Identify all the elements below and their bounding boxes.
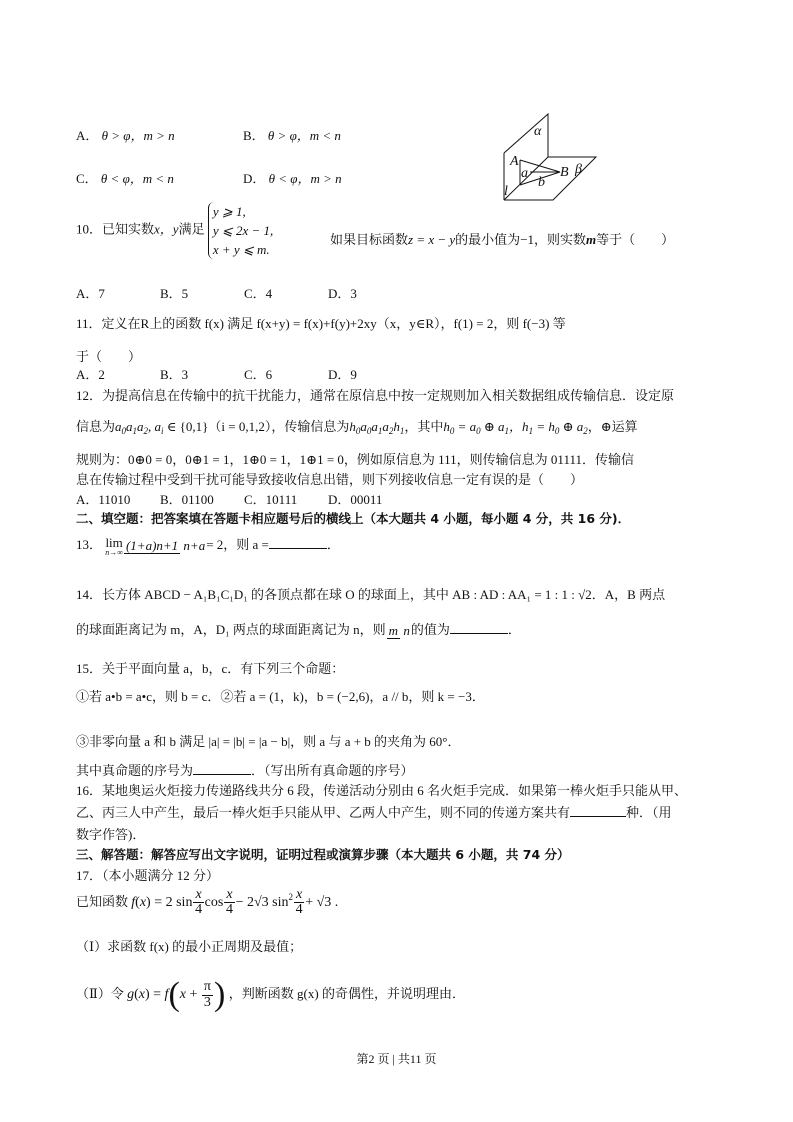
text: 满足	[179, 221, 205, 236]
question-11: 11．定义在R上的函数 f(x) 满足 f(x+y) = f(x)+f(y)+2…	[76, 313, 566, 332]
question-15-props-1-2: ①若 a•b = a•c，则 b = c．②若 a = (1，k)，b = (−…	[76, 686, 485, 705]
question-13: 13． lim n→∞ (1+a)n+1 n+a = 2，则 a =．	[76, 534, 340, 557]
lim-text: lim	[105, 536, 123, 549]
question-17-part-2: （Ⅱ）令 g(x) = f(x + π3) ，判断函数 g(x) 的奇偶性，并说…	[76, 978, 465, 1012]
question-12: 12．为提高信息在传输中的抗干扰能力，通常在原信息中按一定规则加入相关数据组成传…	[76, 385, 674, 404]
proposition-text: ③非零向量 a 和 b 满足 |a| = |b| = |a − b|，则 a 与…	[76, 734, 461, 749]
text: 种．（用	[626, 805, 672, 820]
math: x，y	[154, 221, 179, 236]
option-label: B．	[243, 128, 265, 143]
text: ．（写出所有真命题的序号）	[251, 763, 414, 778]
question-11-line2: 于（ ）	[76, 346, 141, 365]
option-text: θ < φ，m > n	[269, 171, 342, 186]
math-h-defs: h0 = a0 ⊕ a1，h1 = h0 ⊕ a2	[443, 419, 587, 434]
question-10: 10．已知实数x，y满足 y ⩾ 1, y ⩽ 2x − 1, x + y ⩽ …	[76, 202, 273, 259]
option-a: A．7	[76, 283, 160, 302]
question-11-options: A．2B．3C．6D．9	[76, 364, 357, 383]
math-transmitted-info: h0a0a1a2h1	[349, 419, 404, 434]
text: 如果目标函数	[330, 232, 408, 247]
page-footer: 第2 页 | 共11 页	[0, 1050, 793, 1067]
text: （i = 0,1,2），传输信息为	[208, 419, 349, 434]
text: 的值为	[411, 622, 450, 637]
option-b: B．3	[160, 364, 244, 383]
question-text: 某地奥运火炬接力传递路线共分 6 段，传递活动分别由 6 名火炬手完成．如果第一…	[102, 783, 687, 798]
fraction: (1+a)n+1 n+a	[124, 539, 205, 553]
label-A: A	[509, 154, 519, 169]
label-b: b	[538, 175, 545, 190]
option-label: D．	[243, 171, 265, 186]
text: ，则实数	[534, 232, 586, 247]
question-text: 于（ ）	[76, 349, 141, 364]
label-a: a	[521, 166, 528, 181]
constraint-system: y ⩾ 1, y ⩽ 2x − 1, x + y ⩽ m.	[208, 202, 273, 259]
question-text: 息在传输过程中受到干扰可能导致接收信息出错，则下列接收信息一定有误的是（ ）	[76, 472, 583, 487]
lim-subscript: n→∞	[105, 549, 123, 557]
math: m	[586, 232, 596, 247]
question-number: 11．	[76, 316, 102, 331]
question-text: 为提高信息在传输中的抗干扰能力，通常在原信息中按一定规则加入相关数据组成传输信息…	[102, 388, 674, 403]
dihedral-angle-figure: α A a B β b l	[490, 105, 610, 210]
text: 信息为	[76, 419, 115, 434]
math: −1	[520, 232, 534, 247]
g-definition: g(x) = f(x + π3)	[127, 987, 229, 1002]
question-number: 13．	[76, 537, 102, 552]
question-14-line2: 的球面距离记为 m，A，D₁ 两点的球面距离记为 n，则 m n 的值为．	[76, 619, 521, 638]
question-16-line3: 数字作答)．	[76, 824, 145, 843]
label-B: B	[560, 165, 569, 180]
text: 的球面距离记为 m，A，D₁ 两点的球面距离记为 n，则	[76, 622, 386, 637]
option-b: B．5	[160, 283, 244, 302]
question-14: 14．长方体 ABCD − A₁B₁C₁D₁ 的各顶点都在球 O 的球面上，其中…	[76, 584, 665, 603]
section-2-heading: 二、填空题：把答案填在答题卡相应题号后的横线上（本大题共 4 小题，每小题 4 …	[76, 509, 630, 527]
question-number: 15．	[76, 661, 102, 676]
label-l: l	[504, 184, 508, 199]
option-a: A．2	[76, 364, 160, 383]
question-15-prop-3: ③非零向量 a 和 b 满足 |a| = |b| = |a − b|，则 a 与…	[76, 731, 461, 750]
text: ，其中	[404, 419, 443, 434]
text: （Ⅱ）令	[76, 986, 124, 1001]
text: 等于（ ）	[596, 232, 674, 247]
answer-blank[interactable]	[570, 805, 626, 817]
question-10-options: A．7B．5C．4D．3	[76, 283, 357, 302]
text: 的最小值为	[455, 232, 520, 247]
text: ，⊕运算	[588, 419, 638, 434]
option-label: A．	[76, 128, 98, 143]
text: 其中真命题的序号为	[76, 763, 193, 778]
q9-option-a: A． θ > φ，m > n	[76, 125, 175, 144]
label-alpha: α	[534, 124, 542, 139]
constraint-1: y ⩾ 1,	[213, 202, 273, 221]
question-text: 规则为：0⊕0 = 0，0⊕1 = 1，1⊕0 = 1，1⊕1 = 0，例如原信…	[76, 452, 634, 467]
math-original-info: a0a1a2, ai	[115, 419, 164, 434]
option-d: D．9	[328, 364, 357, 383]
question-16-line2: 乙、丙三人中产生，最后一棒火炬手只能从甲、乙两人中产生，则不同的传递方案共有种．…	[76, 802, 672, 821]
question-15: 15．关于平面向量 a，b，c．有下列三个命题：	[76, 658, 344, 677]
question-12-line2: 信息为a0a1a2, ai ∈ {0,1}（i = 0,1,2），传输信息为h0…	[76, 416, 638, 436]
question-text: 长方体 ABCD − A₁B₁C₁D₁ 的各顶点都在球 O 的球面上，其中 AB…	[102, 587, 665, 602]
section-3-heading: 三、解答题：解答应写出文字说明，证明过程或演算步骤（本大题共 6 小题，共 74…	[76, 845, 570, 863]
constraint-3: x + y ⩽ m.	[213, 240, 273, 259]
option-c: C．10111	[244, 489, 328, 508]
question-12-options: A．11010B．01100C．10111D．00011	[76, 489, 382, 508]
text: ．	[327, 537, 340, 552]
question-number: 14．	[76, 587, 102, 602]
numerator: (1+a)n+1	[124, 538, 180, 554]
question-text: 关于平面向量 a，b，c．有下列三个命题：	[102, 661, 344, 676]
option-c: C．4	[244, 283, 328, 302]
question-16: 16．某地奥运火炬接力传递路线共分 6 段，传递活动分别由 6 名火炬手完成．如…	[76, 780, 687, 799]
question-17-part-1: （Ⅰ）求函数 f(x) 的最小正周期及最值；	[76, 936, 302, 955]
option-a: A．11010	[76, 489, 160, 508]
text: 已知函数	[76, 894, 128, 909]
label-beta: β	[574, 162, 582, 177]
proposition-text: ①若 a•b = a•c，则 b = c．②若 a = (1，k)，b = (−…	[76, 689, 485, 704]
question-number: 16．	[76, 783, 102, 798]
text: 数字作答)．	[76, 827, 145, 842]
question-12-line4: 息在传输过程中受到干扰可能导致接收信息出错，则下列接收信息一定有误的是（ ）	[76, 469, 583, 488]
answer-blank[interactable]	[269, 537, 327, 549]
option-text: θ < φ，m < n	[101, 171, 174, 186]
question-17-header: 17．（本小题满分 12 分）	[76, 865, 219, 884]
answer-blank[interactable]	[193, 763, 251, 775]
text: = 2，则 a =	[206, 537, 269, 552]
option-d: D．3	[328, 283, 357, 302]
question-text: 定义在R上的函数 f(x) 满足 f(x+y) = f(x)+f(y)+2xy（…	[102, 316, 566, 331]
function-definition: f(x) = 2 sinx4cosx4− 2√3 sin2x4+ √3 .	[131, 895, 338, 910]
question-17-given: 已知函数 f(x) = 2 sinx4cosx4− 2√3 sin2x4+ √3…	[76, 888, 338, 917]
option-text: θ > φ，m < n	[268, 128, 341, 143]
fraction-m-over-n: m n	[387, 624, 410, 638]
answer-blank[interactable]	[450, 622, 508, 634]
option-d: D．00011	[328, 489, 382, 508]
option-text: θ > φ，m > n	[102, 128, 175, 143]
text: 已知实数	[102, 221, 154, 236]
text: ．	[508, 622, 521, 637]
option-b: B．01100	[160, 489, 244, 508]
question-12-line3: 规则为：0⊕0 = 0，0⊕1 = 1，1⊕0 = 1，1⊕1 = 0，例如原信…	[76, 449, 634, 468]
numerator: m	[387, 623, 400, 639]
question-15-answer-line: 其中真命题的序号为．（写出所有真命题的序号）	[76, 760, 414, 779]
question-10-tail: 如果目标函数z = x − y的最小值为−1，则实数m等于（ ）	[330, 229, 674, 248]
text: ，判断函数 g(x) 的奇偶性，并说明理由．	[229, 986, 465, 1001]
denominator: n	[403, 623, 410, 638]
math: z = x − y	[408, 232, 455, 247]
option-label: C．	[76, 171, 98, 186]
question-number: 10．	[76, 221, 102, 236]
question-number: 12．	[76, 388, 102, 403]
q9-option-b: B． θ > φ，m < n	[243, 125, 341, 144]
constraint-2: y ⩽ 2x − 1,	[213, 221, 273, 240]
option-c: C．6	[244, 364, 328, 383]
limit: lim n→∞	[105, 536, 123, 557]
q9-option-c: C． θ < φ，m < n	[76, 168, 174, 187]
denominator: n+a	[183, 538, 205, 553]
text: 乙、丙三人中产生，最后一棒火炬手只能从甲、乙两人中产生，则不同的传递方案共有	[76, 805, 570, 820]
q9-option-d: D． θ < φ，m > n	[243, 168, 342, 187]
